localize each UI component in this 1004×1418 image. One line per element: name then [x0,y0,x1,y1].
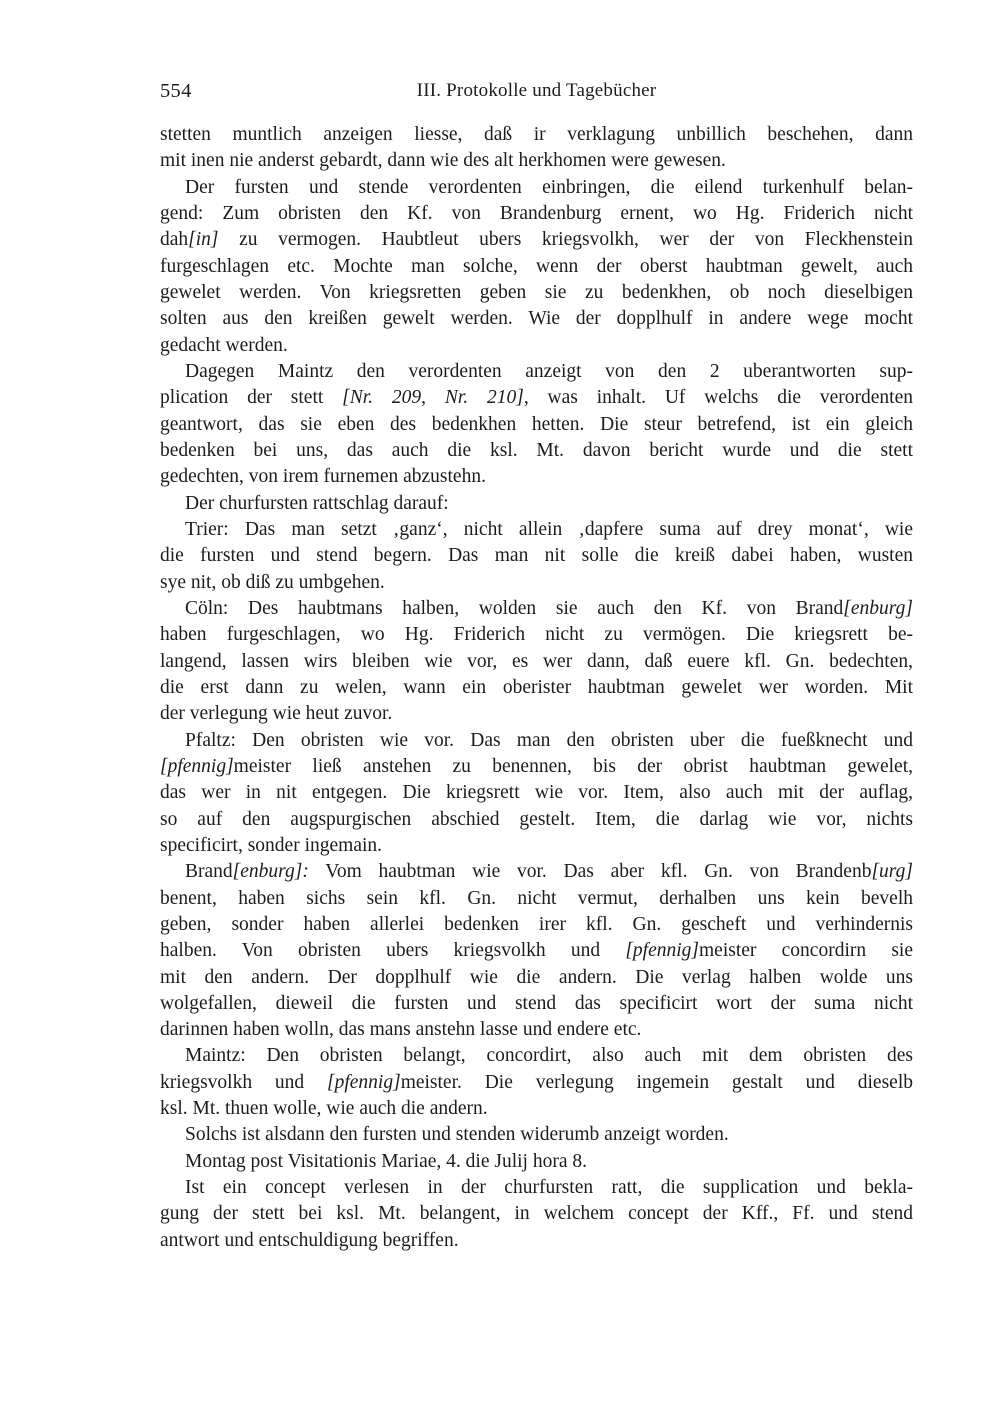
text-run: meister ließ anstehen zu benennen, bis d… [234,756,913,777]
text-line: sye nit, ob diß zu umbgehen. [160,570,913,596]
editorial-insertion: [Nr. 209, Nr. 210] [342,387,524,408]
text-line: gedacht werden. [160,333,913,359]
editorial-insertion: [urg] [871,861,913,882]
text-line: gedechten, von irem furnemen abzustehn. [160,464,913,490]
text-run: mit den andern. Der dopplhulf wie die an… [160,967,913,988]
text-run: wolgefallen, dieweil die fursten und ste… [160,993,913,1014]
text-line: mit den andern. Der dopplhulf wie die an… [160,965,913,991]
text-run: specificirt, sonder ingemain. [160,835,382,856]
text-run: gend: Zum obristen den Kf. von Brandenbu… [160,203,913,224]
text-line: Maintz: Den obristen belangt, concordirt… [160,1043,913,1069]
text-line: Der churfursten rattschlag darauf: [160,491,913,517]
text-run: Trier: Das man setzt ‚ganz‘, nicht allei… [185,519,913,540]
editorial-insertion: [in] [188,229,218,250]
text-line: Pfaltz: Den obristen wie vor. Das man de… [160,728,913,754]
text-body: stetten muntlich anzeigen liesse, daß ir… [160,122,913,1254]
text-run: kriegsvolkh und [160,1072,327,1093]
text-line: Trier: Das man setzt ‚ganz‘, nicht allei… [160,517,913,543]
text-line: haben furgeschlagen, wo Hg. Friderich ni… [160,622,913,648]
editorial-insertion: [pfennig] [625,940,699,961]
text-line: mit inen nie anderst gebardt, dann wie d… [160,148,913,174]
running-head: III. Protokolle und Tagebücher [160,79,913,103]
text-run: so auf den augspurgischen abschied geste… [160,809,913,830]
text-run: der verlegung wie heut zuvor. [160,703,392,724]
text-run: Cöln: Des haubtmans halben, wolden sie a… [185,598,843,619]
text-run: ksl. Mt. thuen wolle, wie auch die ander… [160,1098,488,1119]
text-run: geantwort, das sie eben des bedenkhen he… [160,414,913,435]
text-run: dah [160,229,188,250]
text-line: wolgefallen, dieweil die fursten und ste… [160,991,913,1017]
text-run: darinnen haben wolln, das mans anstehn l… [160,1019,641,1040]
page-header: 554 III. Protokolle und Tagebücher [160,79,913,103]
editorial-insertion: [enburg] [843,598,913,619]
text-run: , was inhalt. Uf welchs die verordenten [524,387,913,408]
text-run: die fursten und stend begern. Das man ni… [160,545,913,566]
text-line: furgeschlagen etc. Mochte man solche, we… [160,254,913,280]
text-run: Der fursten und stende verordenten einbr… [185,177,913,198]
text-line: gewelet werden. Von kriegsretten geben s… [160,280,913,306]
text-run: stetten muntlich anzeigen liesse, daß ir… [160,124,913,145]
text-run: die erst dann zu welen, wann ein oberist… [160,677,913,698]
text-run: Maintz: Den obristen belangt, concordirt… [185,1045,913,1066]
text-line: kriegsvolkh und [pfennig]meister. Die ve… [160,1070,913,1096]
text-run: Der churfursten rattschlag darauf: [185,493,449,514]
text-run: halben. Von obristen ubers kriegsvolkh u… [160,940,625,961]
text-run: langend, lassen wirs bleiben wie vor, es… [160,651,913,672]
text-line: Dagegen Maintz den verordenten anzeigt v… [160,359,913,385]
editorial-insertion: [pfennig] [160,756,234,777]
text-line: bedenken bei uns, das auch die ksl. Mt. … [160,438,913,464]
text-line: Brand[enburg]: Vom haubtman wie vor. Das… [160,859,913,885]
page-number: 554 [160,79,192,103]
text-run: gewelet werden. Von kriegsretten geben s… [160,282,913,303]
text-line: gung der stett bei ksl. Mt. belangent, i… [160,1201,913,1227]
text-run: Brand [185,861,233,882]
text-line: halben. Von obristen ubers kriegsvolkh u… [160,938,913,964]
text-run: gung der stett bei ksl. Mt. belangent, i… [160,1203,913,1224]
text-line: der verlegung wie heut zuvor. [160,701,913,727]
text-line: dah[in] zu vermogen. Haubtleut ubers kri… [160,227,913,253]
text-run: Vom haubtman wie vor. Das aber kfl. Gn. … [309,861,872,882]
text-line: Der fursten und stende verordenten einbr… [160,175,913,201]
text-run: das wer in nit entgegen. Die kriegsrett … [160,782,913,803]
text-run: Ist ein concept verlesen in der churfurs… [185,1177,913,1198]
text-run: meister. Die verlegung ingemein gestalt … [401,1072,913,1093]
text-line: ksl. Mt. thuen wolle, wie auch die ander… [160,1096,913,1122]
book-page: 554 III. Protokolle und Tagebücher stett… [0,0,1004,1418]
text-run: Pfaltz: Den obristen wie vor. Das man de… [185,730,913,751]
text-line: specificirt, sonder ingemain. [160,833,913,859]
text-line: Solchs ist alsdann den fursten und stend… [160,1122,913,1148]
text-line: gend: Zum obristen den Kf. von Brandenbu… [160,201,913,227]
text-line: [pfennig]meister ließ anstehen zu benenn… [160,754,913,780]
text-run: mit inen nie anderst gebardt, dann wie d… [160,150,726,171]
text-line: so auf den augspurgischen abschied geste… [160,807,913,833]
text-line: geben, sonder haben allerlei bedenken ir… [160,912,913,938]
text-run: Solchs ist alsdann den fursten und stend… [185,1124,729,1145]
text-run: solten aus den kreißen gewelt werden. Wi… [160,308,913,329]
text-line: langend, lassen wirs bleiben wie vor, es… [160,649,913,675]
editorial-insertion: [enburg]: [233,861,309,882]
text-run: Montag post Visitationis Mariae, 4. die … [185,1151,587,1172]
text-line: Ist ein concept verlesen in der churfurs… [160,1175,913,1201]
text-line: die fursten und stend begern. Das man ni… [160,543,913,569]
text-run: furgeschlagen etc. Mochte man solche, we… [160,256,913,277]
text-run: zu vermogen. Haubtleut ubers kriegsvolkh… [219,229,913,250]
text-run: sye nit, ob diß zu umbgehen. [160,572,385,593]
text-line: geantwort, das sie eben des bedenkhen he… [160,412,913,438]
editorial-insertion: [pfennig] [327,1072,401,1093]
text-run: bedenken bei uns, das auch die ksl. Mt. … [160,440,913,461]
text-run: geben, sonder haben allerlei bedenken ir… [160,914,913,935]
text-line: das wer in nit entgegen. Die kriegsrett … [160,780,913,806]
text-line: plication der stett [Nr. 209, Nr. 210], … [160,385,913,411]
text-line: darinnen haben wolln, das mans anstehn l… [160,1017,913,1043]
text-run: gedacht werden. [160,335,288,356]
text-run: plication der stett [160,387,342,408]
text-run: meister concordirn sie [699,940,913,961]
text-line: solten aus den kreißen gewelt werden. Wi… [160,306,913,332]
text-run: haben furgeschlagen, wo Hg. Friderich ni… [160,624,913,645]
text-run: Dagegen Maintz den verordenten anzeigt v… [185,361,913,382]
text-run: gedechten, von irem furnemen abzustehn. [160,466,486,487]
text-line: antwort und entschuldigung begriffen. [160,1228,913,1254]
text-line: benent, haben sichs sein kfl. Gn. nicht … [160,886,913,912]
text-line: Cöln: Des haubtmans halben, wolden sie a… [160,596,913,622]
text-line: Montag post Visitationis Mariae, 4. die … [160,1149,913,1175]
text-run: benent, haben sichs sein kfl. Gn. nicht … [160,888,913,909]
text-line: stetten muntlich anzeigen liesse, daß ir… [160,122,913,148]
text-run: antwort und entschuldigung begriffen. [160,1230,459,1251]
text-line: die erst dann zu welen, wann ein oberist… [160,675,913,701]
